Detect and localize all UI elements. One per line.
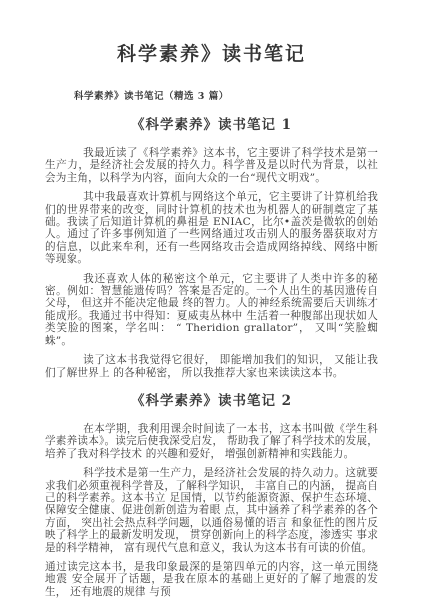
paragraph: 我最近读了《科学素养》这本书，它主要讲了科学技术是第一生产力，是经济社会发展的持… [45, 147, 378, 184]
paragraph: 通过读完这本书，是我印象最深的是第四单元的内容，这一单元围绕地震 安全展开了话题… [45, 561, 378, 598]
paragraph: 科学技术是第一生产力，是经济社会发展的持久动力。这就要求我们必须重视科学普及，了… [45, 467, 378, 554]
paragraph: 其中我最喜欢计算机与网络这个单元，它主要讲了计算机给我们的世界带来的改变，同时计… [45, 191, 378, 265]
section-1-heading: 《科学素养》读书笔记 1 [45, 116, 378, 135]
document-title: 科学素养》读书笔记 [45, 42, 378, 67]
paragraph: 在本学期，我利用课余时间读了一本书，这本书叫做《学生科学素养读本》。读完后使我深… [45, 423, 378, 460]
document-subtitle: 科学素养》读书笔记（精选 3 篇） [74, 90, 378, 103]
document-page: 科学素养》读书笔记 科学素养》读书笔记（精选 3 篇） 《科学素养》读书笔记 1… [0, 0, 424, 600]
section-1: 《科学素养》读书笔记 1 我最近读了《科学素养》这本书，它主要讲了科学技术是第一… [45, 116, 378, 379]
paragraph: 读了这本书我觉得它很好， 即能增加我们的知识， 又能让我们了解世界上 的各种秘密… [45, 354, 378, 379]
section-2: 《科学素养》读书笔记 2 在本学期，我利用课余时间读了一本书，这本书叫做《学生科… [45, 392, 378, 598]
paragraph: 我还喜欢人体的秘密这个单元，它主要讲了人类中许多的秘密。例如：智慧能遗传吗？答案… [45, 273, 378, 347]
section-2-heading: 《科学素养》读书笔记 2 [45, 392, 378, 411]
